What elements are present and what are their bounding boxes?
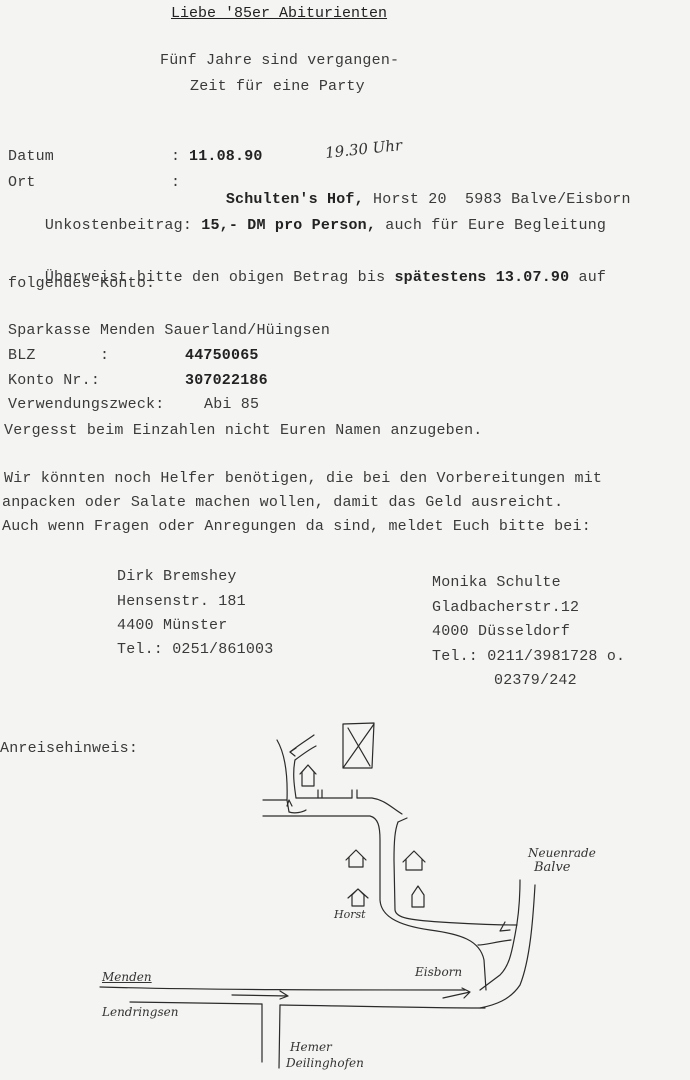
map-label-balve: Balve: [534, 860, 571, 875]
road-line: [262, 1004, 280, 1068]
road-line: [398, 818, 407, 822]
map-label-lendringsen: Lendringsen: [102, 1005, 178, 1019]
church-icon: [343, 723, 374, 768]
road-line: [280, 1005, 485, 1008]
map-label-eisborn: Eisborn: [415, 965, 462, 979]
house-icon: [403, 851, 425, 870]
map-label-deilinghofen: Deilinghofen: [286, 1056, 364, 1070]
road-line: [294, 760, 296, 798]
road-line: [478, 940, 511, 945]
road-line: [130, 1002, 262, 1004]
house-icon: [300, 765, 316, 786]
road-line: [295, 746, 316, 760]
road-line: [480, 880, 520, 990]
house-icon: [346, 850, 366, 867]
map-label-horst: Horst: [334, 908, 366, 921]
arrow-icon: [232, 991, 288, 999]
road-line: [480, 885, 535, 1008]
road-line: [100, 987, 465, 990]
map-label-neuenrade: Neuenrade: [528, 846, 596, 860]
arrow-icon: [500, 922, 510, 931]
map-label-hemer: Hemer: [290, 1040, 332, 1054]
road-line: [277, 740, 287, 800]
road-line: [263, 816, 486, 990]
house-icon: [348, 889, 368, 906]
house-icon: [412, 886, 424, 907]
map-label-menden: Menden: [102, 970, 152, 984]
road-line: [394, 822, 517, 925]
gate-marks: [318, 790, 357, 798]
road-line: [296, 798, 402, 814]
